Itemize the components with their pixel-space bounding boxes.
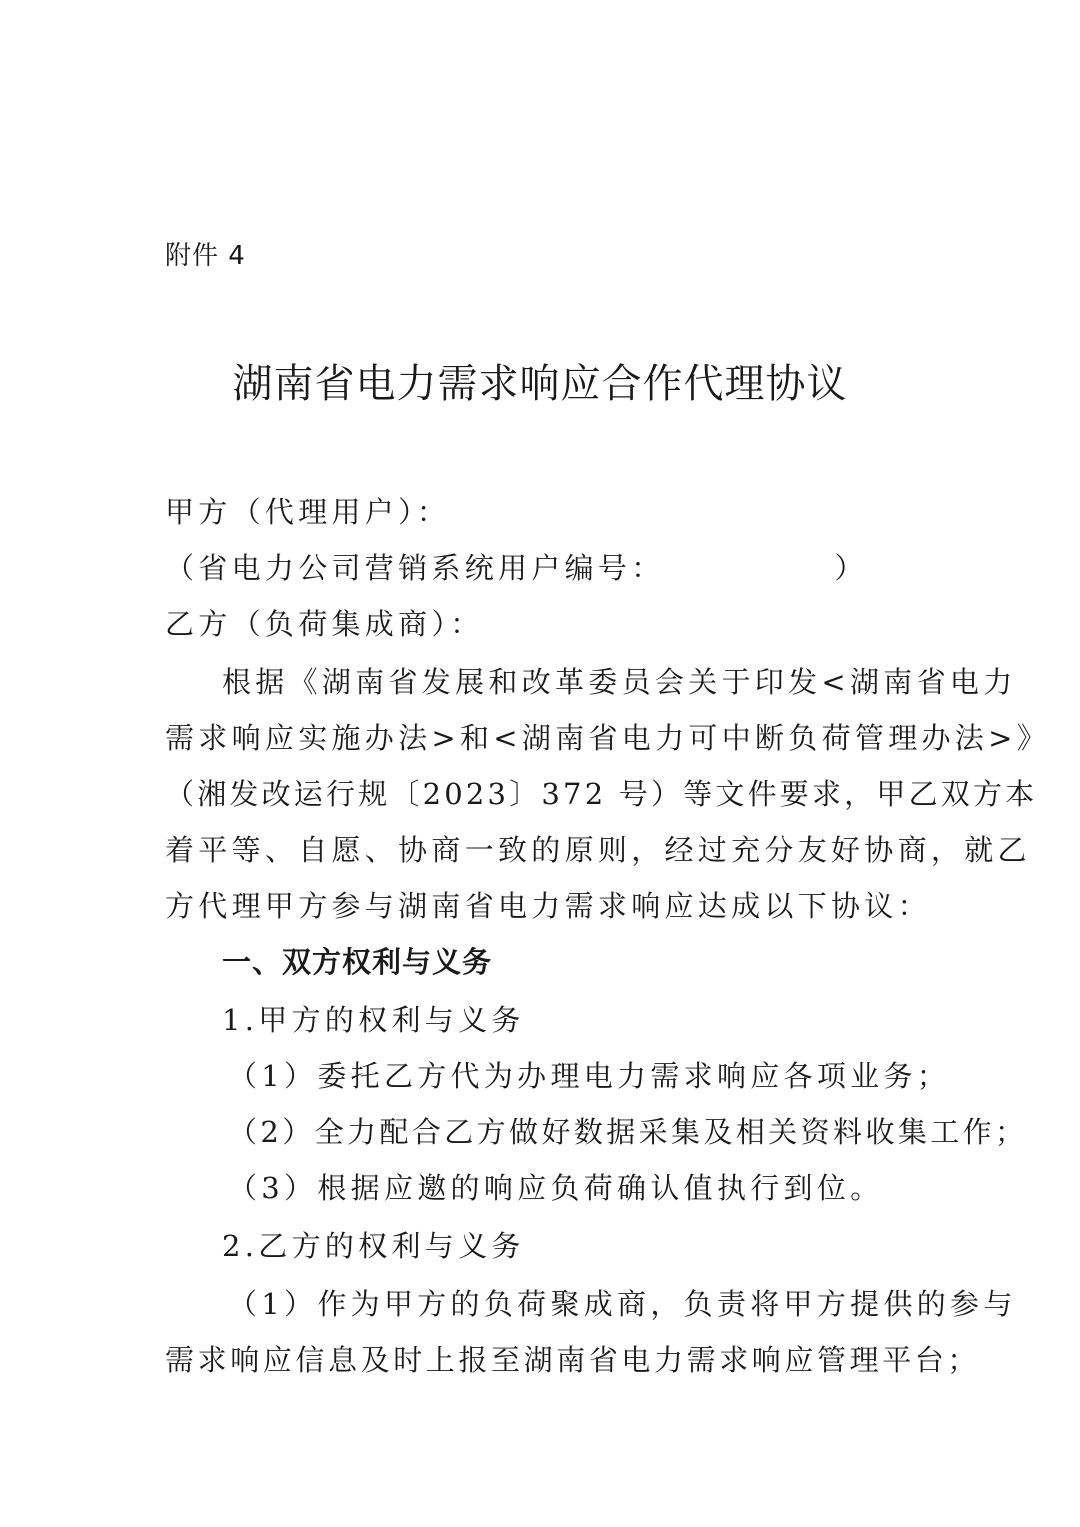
preamble-line-2: 需求响应实施办法>和<湖南省电力可中断负荷管理办法>》 <box>165 718 1050 758</box>
sub-1-item-3: （3）根据应邀的响应负荷确认值执行到位。 <box>228 1168 883 1208</box>
document-page: 附件 4 湖南省电力需求响应合作代理协议 甲方（代理用户）： （省电力公司营销系… <box>0 0 1080 1527</box>
party-b-label: 乙方（负荷集成商）： <box>165 604 484 644</box>
user-number-line: （省电力公司营销系统用户编号：） <box>165 548 868 588</box>
user-number-suffix: ） <box>835 551 868 585</box>
attachment-label: 附件 4 <box>165 238 246 274</box>
section-1-heading: 一、双方权利与义务 <box>222 942 492 982</box>
preamble-line-1: 根据《湖南省发展和改革委员会关于印发<湖南省电力 <box>222 662 1017 702</box>
sub-1-heading: 1.甲方的权利与义务 <box>222 1000 525 1040</box>
preamble-line-5: 方代理甲方参与湖南省电力需求响应达成以下协议： <box>165 886 931 926</box>
sub-1-item-2: （2）全力配合乙方做好数据采集及相关资料收集工作； <box>228 1112 1027 1152</box>
sub-2-item-1-line-2: 需求响应信息及时上报至湖南省电力需求响应管理平台； <box>165 1340 980 1380</box>
preamble-line-3: （湘发改运行规〔2023〕372 号）等文件要求，甲乙双方本 <box>165 774 1037 814</box>
document-title: 湖南省电力需求响应合作代理协议 <box>0 356 1080 412</box>
sub-1-item-1: （1）委托乙方代为办理电力需求响应各项业务； <box>228 1056 950 1096</box>
party-a-label: 甲方（代理用户）： <box>165 492 450 532</box>
user-number-prefix: （省电力公司营销系统用户编号： <box>165 551 665 585</box>
sub-2-heading: 2.乙方的权利与义务 <box>222 1226 525 1266</box>
preamble-line-4: 着平等、自愿、协商一致的原则，经过充分友好协商，就乙 <box>165 830 1031 870</box>
sub-2-item-1-line-1: （1）作为甲方的负荷聚成商，负责将甲方提供的参与 <box>228 1284 1017 1324</box>
